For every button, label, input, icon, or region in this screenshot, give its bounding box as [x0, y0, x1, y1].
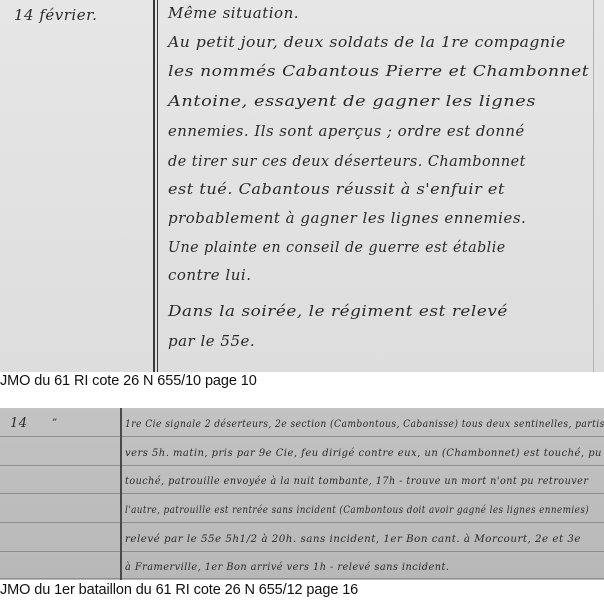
handwritten-line: Une plainte en conseil de guerre est éta… — [168, 238, 506, 256]
ruled-line — [0, 436, 604, 437]
page-edge — [593, 0, 594, 372]
ruled-line — [0, 551, 604, 552]
handwritten-line: probablement à gagner les lignes ennemie… — [168, 209, 526, 227]
handwritten-line: vers 5h. matin, pris par 9e Cie, feu dir… — [125, 447, 602, 459]
margin-ditto-mark: ” — [52, 418, 58, 429]
margin-rule-right — [157, 0, 159, 372]
margin-date: 14 — [10, 416, 28, 431]
margin-rule — [120, 408, 122, 580]
ruled-line — [0, 493, 604, 494]
handwritten-line: par le 55e. — [168, 332, 255, 350]
caption-jmo-1er-bataillon: JMO du 1er bataillon du 61 RI cote 26 N … — [0, 582, 358, 598]
handwritten-line: Antoine, essayent de gagner les lignes — [168, 92, 536, 110]
handwritten-line: contre lui. — [168, 266, 251, 284]
handwritten-line: Au petit jour, deux soldats de la 1re co… — [168, 33, 566, 51]
ruled-line — [0, 578, 604, 579]
handwritten-line: Même situation. — [168, 4, 299, 22]
handwritten-line: relevé par le 55e 5h1/2 à 20h. sans inci… — [125, 533, 581, 545]
handwritten-line: Dans la soirée, le régiment est relevé — [168, 302, 508, 320]
caption-jmo-61ri: JMO du 61 RI cote 26 N 655/10 page 10 — [0, 373, 257, 389]
handwritten-line: les nommés Cabantous Pierre et Chambonne… — [168, 62, 589, 80]
handwritten-line: à Framerville, 1er Bon arrivé vers 1h - … — [125, 561, 449, 573]
scan-image-jmo-61ri-page10: 14 février. Même situation. Au petit jou… — [0, 0, 604, 372]
ruled-line — [0, 465, 604, 466]
handwritten-line: ennemies. Ils sont aperçus ; ordre est d… — [168, 122, 525, 140]
ruled-line — [0, 522, 604, 523]
handwritten-line: de tirer sur ces deux déserteurs. Chambo… — [168, 152, 526, 170]
margin-date: 14 février. — [14, 6, 97, 24]
handwritten-line: 1re Cie signale 2 déserteurs, 2e section… — [125, 418, 604, 430]
handwritten-line: l'autre, patrouille est rentrée sans inc… — [125, 504, 589, 516]
scan-image-jmo-1er-bataillon-page16: 14 ” 1re Cie signale 2 déserteurs, 2e se… — [0, 408, 604, 580]
margin-rule-left — [153, 0, 155, 372]
handwritten-line: est tué. Cabantous réussit à s'enfuir et — [168, 180, 505, 198]
handwritten-line: touché, patrouille envoyée à la nuit tom… — [125, 475, 588, 487]
